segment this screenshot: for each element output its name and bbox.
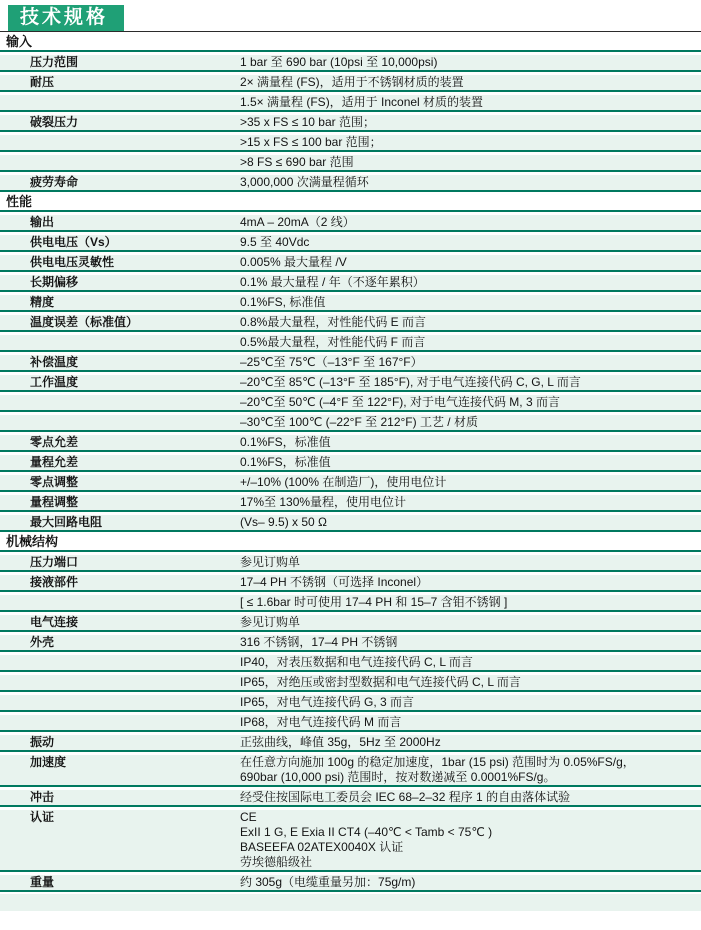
row-value: 17–4 PH 不锈钢（可选择 Inconel） bbox=[240, 575, 701, 590]
row-band: 量程调整 17%至 130%量程，使用电位计 bbox=[0, 495, 701, 510]
spec-row: 零点允差 0.1%FS，标准值 bbox=[0, 432, 701, 452]
row-band: 重量 约 305g（电缆重量另加：75g/m) bbox=[0, 875, 701, 890]
row-label: 供电电压灵敏性 bbox=[0, 255, 240, 270]
value-line: –20℃至 85℃ (–13°F 至 185°F), 对于电气连接代码 C, G… bbox=[240, 375, 697, 390]
row-band: 电气连接 参见订购单 bbox=[0, 615, 701, 630]
row-label: 压力端口 bbox=[0, 555, 240, 570]
row-band: 压力端口 参见订购单 bbox=[0, 555, 701, 570]
row-value: 参见订购单 bbox=[240, 555, 701, 570]
value-line: 1 bar 至 690 bar (10psi 至 10,000psi) bbox=[240, 55, 697, 70]
value-line: 在任意方向施加 100g 的稳定加速度，1bar (15 psi) 范围时为 0… bbox=[240, 755, 697, 770]
value-line: 0.1%FS, 标准值 bbox=[240, 295, 697, 310]
row-band: 供电电压（Vs） 9.5 至 40Vdc bbox=[0, 235, 701, 250]
row-band: >8 FS ≤ 690 bar 范围 bbox=[0, 155, 701, 170]
spec-row: 加速度 在任意方向施加 100g 的稳定加速度，1bar (15 psi) 范围… bbox=[0, 752, 701, 787]
row-value: 0.1%FS，标准值 bbox=[240, 435, 701, 450]
row-label: 冲击 bbox=[0, 790, 240, 805]
row-band: 疲劳寿命 3,000,000 次满量程循环 bbox=[0, 175, 701, 190]
value-line: 17–4 PH 不锈钢（可选择 Inconel） bbox=[240, 575, 697, 590]
spec-row: 压力范围 1 bar 至 690 bar (10psi 至 10,000psi) bbox=[0, 52, 701, 72]
spec-row: 供电电压灵敏性 0.005% 最大量程 /V bbox=[0, 252, 701, 272]
spec-row: 输出 4mA – 20mA（2 线） bbox=[0, 212, 701, 232]
section-header: 输入 bbox=[0, 32, 701, 52]
row-label: 最大回路电阻 bbox=[0, 515, 240, 530]
value-line: 2× 满量程 (FS)，适用于不锈钢材质的装置 bbox=[240, 75, 697, 90]
row-value: 0.5%最大量程，对性能代码 F 而言 bbox=[240, 335, 701, 350]
row-value: –25℃至 75℃（–13°F 至 167°F） bbox=[240, 355, 701, 370]
row-band: 破裂压力 >35 x FS ≤ 10 bar 范围； bbox=[0, 115, 701, 130]
value-line: >8 FS ≤ 690 bar 范围 bbox=[240, 155, 697, 170]
spec-row: 疲劳寿命 3,000,000 次满量程循环 bbox=[0, 172, 701, 192]
spec-row: 重量 约 305g（电缆重量另加：75g/m) bbox=[0, 872, 701, 892]
row-value: IP65，对绝压或密封型数据和电气连接代码 C, L 而言 bbox=[240, 675, 701, 690]
row-band: 冲击 经受住按国际电工委员会 IEC 68–2–32 程序 1 的自由落体试验 bbox=[0, 790, 701, 805]
row-value: >35 x FS ≤ 10 bar 范围； bbox=[240, 115, 701, 130]
row-value: 17%至 130%量程，使用电位计 bbox=[240, 495, 701, 510]
spec-row: IP65，对电气连接代码 G, 3 而言 bbox=[0, 692, 701, 712]
spec-row: 认证 CEExII 1 G, E Exia II CT4 (–40℃ < Tam… bbox=[0, 807, 701, 872]
spec-row: 量程允差 0.1%FS，标准值 bbox=[0, 452, 701, 472]
row-value: 在任意方向施加 100g 的稳定加速度，1bar (15 psi) 范围时为 0… bbox=[240, 755, 701, 785]
value-line: 690bar (10,000 psi) 范围时，按对数递减至 0.0001%FS… bbox=[240, 770, 697, 785]
row-band: IP40，对表压数据和电气连接代码 C, L 而言 bbox=[0, 655, 701, 670]
row-label: 加速度 bbox=[0, 755, 240, 770]
row-label: 量程调整 bbox=[0, 495, 240, 510]
spec-row: 电气连接 参见订购单 bbox=[0, 612, 701, 632]
row-band: IP65，对绝压或密封型数据和电气连接代码 C, L 而言 bbox=[0, 675, 701, 690]
value-line: 约 305g（电缆重量另加：75g/m) bbox=[240, 875, 697, 890]
row-label: 压力范围 bbox=[0, 55, 240, 70]
spec-row: [ ≤ 1.6bar 时可使用 17–4 PH 和 15–7 含钼不锈钢 ] bbox=[0, 592, 701, 612]
spec-row: 接液部件 17–4 PH 不锈钢（可选择 Inconel） bbox=[0, 572, 701, 592]
row-band: 接液部件 17–4 PH 不锈钢（可选择 Inconel） bbox=[0, 575, 701, 590]
row-value: 0.1%FS，标准值 bbox=[240, 455, 701, 470]
value-line: [ ≤ 1.6bar 时可使用 17–4 PH 和 15–7 含钼不锈钢 ] bbox=[240, 595, 697, 610]
value-line: 0.005% 最大量程 /V bbox=[240, 255, 697, 270]
row-label: 补偿温度 bbox=[0, 355, 240, 370]
row-band: >15 x FS ≤ 100 bar 范围； bbox=[0, 135, 701, 150]
row-value: –20℃至 50℃ (–4°F 至 122°F), 对于电气连接代码 M, 3 … bbox=[240, 395, 701, 410]
value-line: IP40，对表压数据和电气连接代码 C, L 而言 bbox=[240, 655, 697, 670]
value-line: 0.1% 最大量程 / 年（不逐年累积） bbox=[240, 275, 697, 290]
row-label: 重量 bbox=[0, 875, 240, 890]
value-line: 0.5%最大量程，对性能代码 F 而言 bbox=[240, 335, 697, 350]
row-value: IP65，对电气连接代码 G, 3 而言 bbox=[240, 695, 701, 710]
value-line: 3,000,000 次满量程循环 bbox=[240, 175, 697, 190]
row-band: 最大回路电阻 (Vs– 9.5) x 50 Ω bbox=[0, 515, 701, 530]
row-band: –30℃至 100℃ (–22°F 至 212°F) 工艺 / 材质 bbox=[0, 415, 701, 430]
spec-row: >15 x FS ≤ 100 bar 范围； bbox=[0, 132, 701, 152]
row-label: 破裂压力 bbox=[0, 115, 240, 130]
row-label: 长期偏移 bbox=[0, 275, 240, 290]
spec-row: 量程调整 17%至 130%量程，使用电位计 bbox=[0, 492, 701, 512]
row-value: 0.005% 最大量程 /V bbox=[240, 255, 701, 270]
row-label: 接液部件 bbox=[0, 575, 240, 590]
value-line: (Vs– 9.5) x 50 Ω bbox=[240, 515, 697, 530]
row-label: 供电电压（Vs） bbox=[0, 235, 240, 250]
value-line: BASEEFA 02ATEX0040X 认证 bbox=[240, 840, 697, 855]
row-band: 工作温度 –20℃至 85℃ (–13°F 至 185°F), 对于电气连接代码… bbox=[0, 375, 701, 390]
value-line: 参见订购单 bbox=[240, 615, 697, 630]
row-band: IP68，对电气连接代码 M 而言 bbox=[0, 715, 701, 730]
spec-row: 破裂压力 >35 x FS ≤ 10 bar 范围； bbox=[0, 112, 701, 132]
row-value: (Vs– 9.5) x 50 Ω bbox=[240, 515, 701, 530]
row-label: 零点允差 bbox=[0, 435, 240, 450]
spec-row: 最大回路电阻 (Vs– 9.5) x 50 Ω bbox=[0, 512, 701, 532]
value-line: 0.8%最大量程，对性能代码 E 而言 bbox=[240, 315, 697, 330]
row-value: –20℃至 85℃ (–13°F 至 185°F), 对于电气连接代码 C, G… bbox=[240, 375, 701, 390]
spec-row: 外壳 316 不锈钢，17–4 PH 不锈钢 bbox=[0, 632, 701, 652]
page-title: 技术规格 bbox=[8, 5, 124, 31]
row-band: 补偿温度 –25℃至 75℃（–13°F 至 167°F） bbox=[0, 355, 701, 370]
value-line: 17%至 130%量程，使用电位计 bbox=[240, 495, 697, 510]
spec-row: –20℃至 50℃ (–4°F 至 122°F), 对于电气连接代码 M, 3 … bbox=[0, 392, 701, 412]
value-line: 9.5 至 40Vdc bbox=[240, 235, 697, 250]
row-label: 温度误差（标准值） bbox=[0, 315, 240, 330]
spec-row: 工作温度 –20℃至 85℃ (–13°F 至 185°F), 对于电气连接代码… bbox=[0, 372, 701, 392]
row-band: 精度 0.1%FS, 标准值 bbox=[0, 295, 701, 310]
value-line: 1.5× 满量程 (FS)，适用于 Inconel 材质的装置 bbox=[240, 95, 697, 110]
row-value: 0.1%FS, 标准值 bbox=[240, 295, 701, 310]
spec-row: 精度 0.1%FS, 标准值 bbox=[0, 292, 701, 312]
spec-row: 温度误差（标准值） 0.8%最大量程，对性能代码 E 而言 bbox=[0, 312, 701, 332]
section-header: 机械结构 bbox=[0, 532, 701, 552]
value-line: –25℃至 75℃（–13°F 至 167°F） bbox=[240, 355, 697, 370]
row-band: –20℃至 50℃ (–4°F 至 122°F), 对于电气连接代码 M, 3 … bbox=[0, 395, 701, 410]
row-value: 正弦曲线，峰值 35g，5Hz 至 2000Hz bbox=[240, 735, 701, 750]
row-label: 振动 bbox=[0, 735, 240, 750]
value-line: >15 x FS ≤ 100 bar 范围； bbox=[240, 135, 697, 150]
spec-row: >8 FS ≤ 690 bar 范围 bbox=[0, 152, 701, 172]
row-value: 0.1% 最大量程 / 年（不逐年累积） bbox=[240, 275, 701, 290]
row-value: 316 不锈钢，17–4 PH 不锈钢 bbox=[240, 635, 701, 650]
row-band: 温度误差（标准值） 0.8%最大量程，对性能代码 E 而言 bbox=[0, 315, 701, 330]
row-value: +/–10% (100% 在制造厂)，使用电位计 bbox=[240, 475, 701, 490]
value-line: IP65，对绝压或密封型数据和电气连接代码 C, L 而言 bbox=[240, 675, 697, 690]
row-band: 振动 正弦曲线，峰值 35g，5Hz 至 2000Hz bbox=[0, 735, 701, 750]
value-line: 参见订购单 bbox=[240, 555, 697, 570]
row-value: >15 x FS ≤ 100 bar 范围； bbox=[240, 135, 701, 150]
value-line: 4mA – 20mA（2 线） bbox=[240, 215, 697, 230]
spec-row: 耐压 2× 满量程 (FS)，适用于不锈钢材质的装置 bbox=[0, 72, 701, 92]
row-label: 认证 bbox=[0, 810, 240, 825]
row-value: 0.8%最大量程，对性能代码 E 而言 bbox=[240, 315, 701, 330]
row-label: 精度 bbox=[0, 295, 240, 310]
row-band: 零点调整 +/–10% (100% 在制造厂)，使用电位计 bbox=[0, 475, 701, 490]
row-value: IP68，对电气连接代码 M 而言 bbox=[240, 715, 701, 730]
value-line: IP68，对电气连接代码 M 而言 bbox=[240, 715, 697, 730]
row-band: 0.5%最大量程，对性能代码 F 而言 bbox=[0, 335, 701, 350]
row-label: 输出 bbox=[0, 215, 240, 230]
row-value: 经受住按国际电工委员会 IEC 68–2–32 程序 1 的自由落体试验 bbox=[240, 790, 701, 805]
row-value: 1.5× 满量程 (FS)，适用于 Inconel 材质的装置 bbox=[240, 95, 701, 110]
spec-row: 供电电压（Vs） 9.5 至 40Vdc bbox=[0, 232, 701, 252]
row-label: 外壳 bbox=[0, 635, 240, 650]
row-band: IP65，对电气连接代码 G, 3 而言 bbox=[0, 695, 701, 710]
row-band: 输出 4mA – 20mA（2 线） bbox=[0, 215, 701, 230]
row-value: [ ≤ 1.6bar 时可使用 17–4 PH 和 15–7 含钼不锈钢 ] bbox=[240, 595, 701, 610]
row-label: 工作温度 bbox=[0, 375, 240, 390]
value-line: 经受住按国际电工委员会 IEC 68–2–32 程序 1 的自由落体试验 bbox=[240, 790, 697, 805]
row-band: [ ≤ 1.6bar 时可使用 17–4 PH 和 15–7 含钼不锈钢 ] bbox=[0, 595, 701, 610]
row-value: 9.5 至 40Vdc bbox=[240, 235, 701, 250]
value-line: –30℃至 100℃ (–22°F 至 212°F) 工艺 / 材质 bbox=[240, 415, 697, 430]
spec-row: 冲击 经受住按国际电工委员会 IEC 68–2–32 程序 1 的自由落体试验 bbox=[0, 787, 701, 807]
row-value: 2× 满量程 (FS)，适用于不锈钢材质的装置 bbox=[240, 75, 701, 90]
row-band: 认证 CEExII 1 G, E Exia II CT4 (–40℃ < Tam… bbox=[0, 810, 701, 870]
row-label: 耐压 bbox=[0, 75, 240, 90]
spec-row: 压力端口 参见订购单 bbox=[0, 552, 701, 572]
spec-row: 0.5%最大量程，对性能代码 F 而言 bbox=[0, 332, 701, 352]
row-label: 疲劳寿命 bbox=[0, 175, 240, 190]
row-band: 量程允差 0.1%FS，标准值 bbox=[0, 455, 701, 470]
spec-row: 补偿温度 –25℃至 75℃（–13°F 至 167°F） bbox=[0, 352, 701, 372]
row-value: IP40，对表压数据和电气连接代码 C, L 而言 bbox=[240, 655, 701, 670]
value-line: –20℃至 50℃ (–4°F 至 122°F), 对于电气连接代码 M, 3 … bbox=[240, 395, 697, 410]
row-value: 约 305g（电缆重量另加：75g/m) bbox=[240, 875, 701, 890]
row-band: 零点允差 0.1%FS，标准值 bbox=[0, 435, 701, 450]
spec-row: 振动 正弦曲线，峰值 35g，5Hz 至 2000Hz bbox=[0, 732, 701, 752]
value-line: +/–10% (100% 在制造厂)，使用电位计 bbox=[240, 475, 697, 490]
value-line: ExII 1 G, E Exia II CT4 (–40℃ < Tamb < 7… bbox=[240, 825, 697, 840]
value-line: 0.1%FS，标准值 bbox=[240, 435, 697, 450]
value-line: >35 x FS ≤ 10 bar 范围； bbox=[240, 115, 697, 130]
row-band: 耐压 2× 满量程 (FS)，适用于不锈钢材质的装置 bbox=[0, 75, 701, 90]
row-band: 加速度 在任意方向施加 100g 的稳定加速度，1bar (15 psi) 范围… bbox=[0, 755, 701, 785]
spec-row: IP65，对绝压或密封型数据和电气连接代码 C, L 而言 bbox=[0, 672, 701, 692]
spec-row: 1.5× 满量程 (FS)，适用于 Inconel 材质的装置 bbox=[0, 92, 701, 112]
row-label: 电气连接 bbox=[0, 615, 240, 630]
spec-row: IP68，对电气连接代码 M 而言 bbox=[0, 712, 701, 732]
spec-row: 零点调整 +/–10% (100% 在制造厂)，使用电位计 bbox=[0, 472, 701, 492]
row-value: CEExII 1 G, E Exia II CT4 (–40℃ < Tamb <… bbox=[240, 810, 701, 870]
row-band: 供电电压灵敏性 0.005% 最大量程 /V bbox=[0, 255, 701, 270]
value-line: IP65，对电气连接代码 G, 3 而言 bbox=[240, 695, 697, 710]
row-value: 1 bar 至 690 bar (10psi 至 10,000psi) bbox=[240, 55, 701, 70]
row-value: 4mA – 20mA（2 线） bbox=[240, 215, 701, 230]
value-line: CE bbox=[240, 810, 697, 825]
row-value: 参见订购单 bbox=[240, 615, 701, 630]
row-value: –30℃至 100℃ (–22°F 至 212°F) 工艺 / 材质 bbox=[240, 415, 701, 430]
value-line: 劳埃德船级社 bbox=[240, 855, 697, 870]
spec-row: –30℃至 100℃ (–22°F 至 212°F) 工艺 / 材质 bbox=[0, 412, 701, 432]
row-label: 零点调整 bbox=[0, 475, 240, 490]
value-line: 0.1%FS，标准值 bbox=[240, 455, 697, 470]
row-band: 长期偏移 0.1% 最大量程 / 年（不逐年累积） bbox=[0, 275, 701, 290]
spec-row: IP40，对表压数据和电气连接代码 C, L 而言 bbox=[0, 652, 701, 672]
row-label: 量程允差 bbox=[0, 455, 240, 470]
row-band: 压力范围 1 bar 至 690 bar (10psi 至 10,000psi) bbox=[0, 55, 701, 70]
value-line: 316 不锈钢，17–4 PH 不锈钢 bbox=[240, 635, 697, 650]
row-value: 3,000,000 次满量程循环 bbox=[240, 175, 701, 190]
row-band: 外壳 316 不锈钢，17–4 PH 不锈钢 bbox=[0, 635, 701, 650]
section-header: 性能 bbox=[0, 192, 701, 212]
spec-table: 输入 压力范围 1 bar 至 690 bar (10psi 至 10,000p… bbox=[0, 32, 701, 892]
row-band: 1.5× 满量程 (FS)，适用于 Inconel 材质的装置 bbox=[0, 95, 701, 110]
spec-row: 长期偏移 0.1% 最大量程 / 年（不逐年累积） bbox=[0, 272, 701, 292]
value-line: 正弦曲线，峰值 35g，5Hz 至 2000Hz bbox=[240, 735, 697, 750]
table-bottom-band bbox=[0, 894, 701, 911]
row-value: >8 FS ≤ 690 bar 范围 bbox=[240, 155, 701, 170]
